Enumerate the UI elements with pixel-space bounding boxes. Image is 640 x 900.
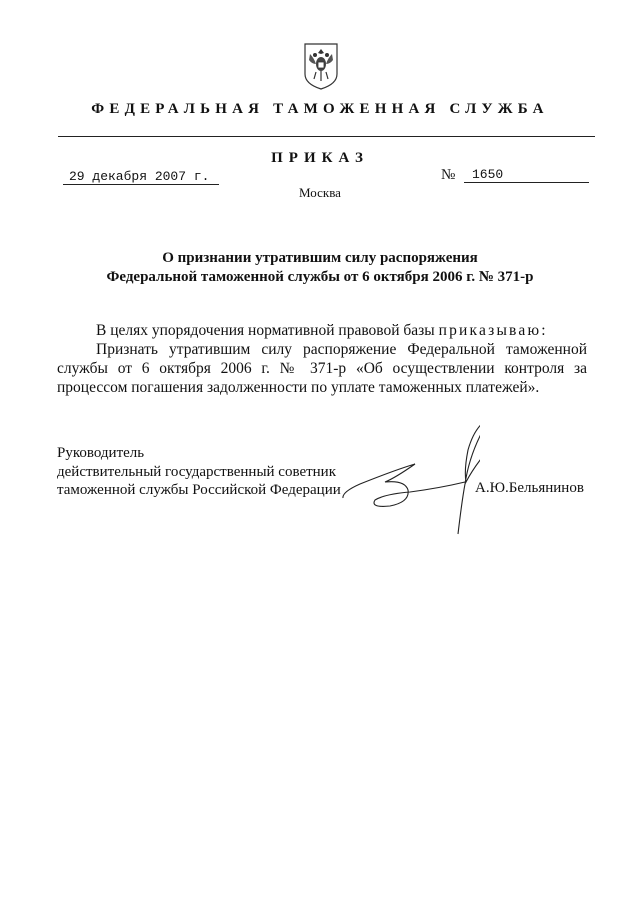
position-line: действительный государственный советник (57, 463, 341, 482)
position-line: Руководитель (57, 444, 341, 463)
preamble-paragraph: В целях упорядочения нормативной правово… (57, 321, 587, 340)
document-title: О признании утратившим силу распоряжения… (0, 249, 640, 287)
position-line: таможенной службы Российской Федерации (57, 481, 341, 500)
header-divider (58, 136, 595, 137)
document-body: В целях упорядочения нормативной правово… (57, 321, 587, 397)
handwritten-signature (340, 410, 480, 540)
document-city: Москва (0, 185, 640, 201)
signatory-position: Руководитель действительный государствен… (57, 444, 341, 500)
document-number: 1650 (464, 168, 589, 183)
order-word: приказываю: (439, 322, 548, 339)
document-date: 29 декабря 2007 г. (63, 170, 219, 185)
order-paragraph: Признать утратившим силу распоряжение Фе… (57, 340, 587, 397)
title-line: Федеральной таможенной службы от 6 октяб… (0, 268, 640, 287)
document-type: ПРИКАЗ (0, 150, 640, 167)
organization-name: ФЕДЕРАЛЬНАЯ ТАМОЖЕННАЯ СЛУЖБА (0, 101, 640, 118)
preamble-text: В целях упорядочения нормативной правово… (96, 322, 435, 339)
title-line: О признании утратившим силу распоряжения (0, 249, 640, 268)
document-number-label: № (441, 167, 455, 184)
coat-of-arms-icon (302, 40, 340, 90)
signatory-name: А.Ю.Бельянинов (475, 480, 584, 497)
